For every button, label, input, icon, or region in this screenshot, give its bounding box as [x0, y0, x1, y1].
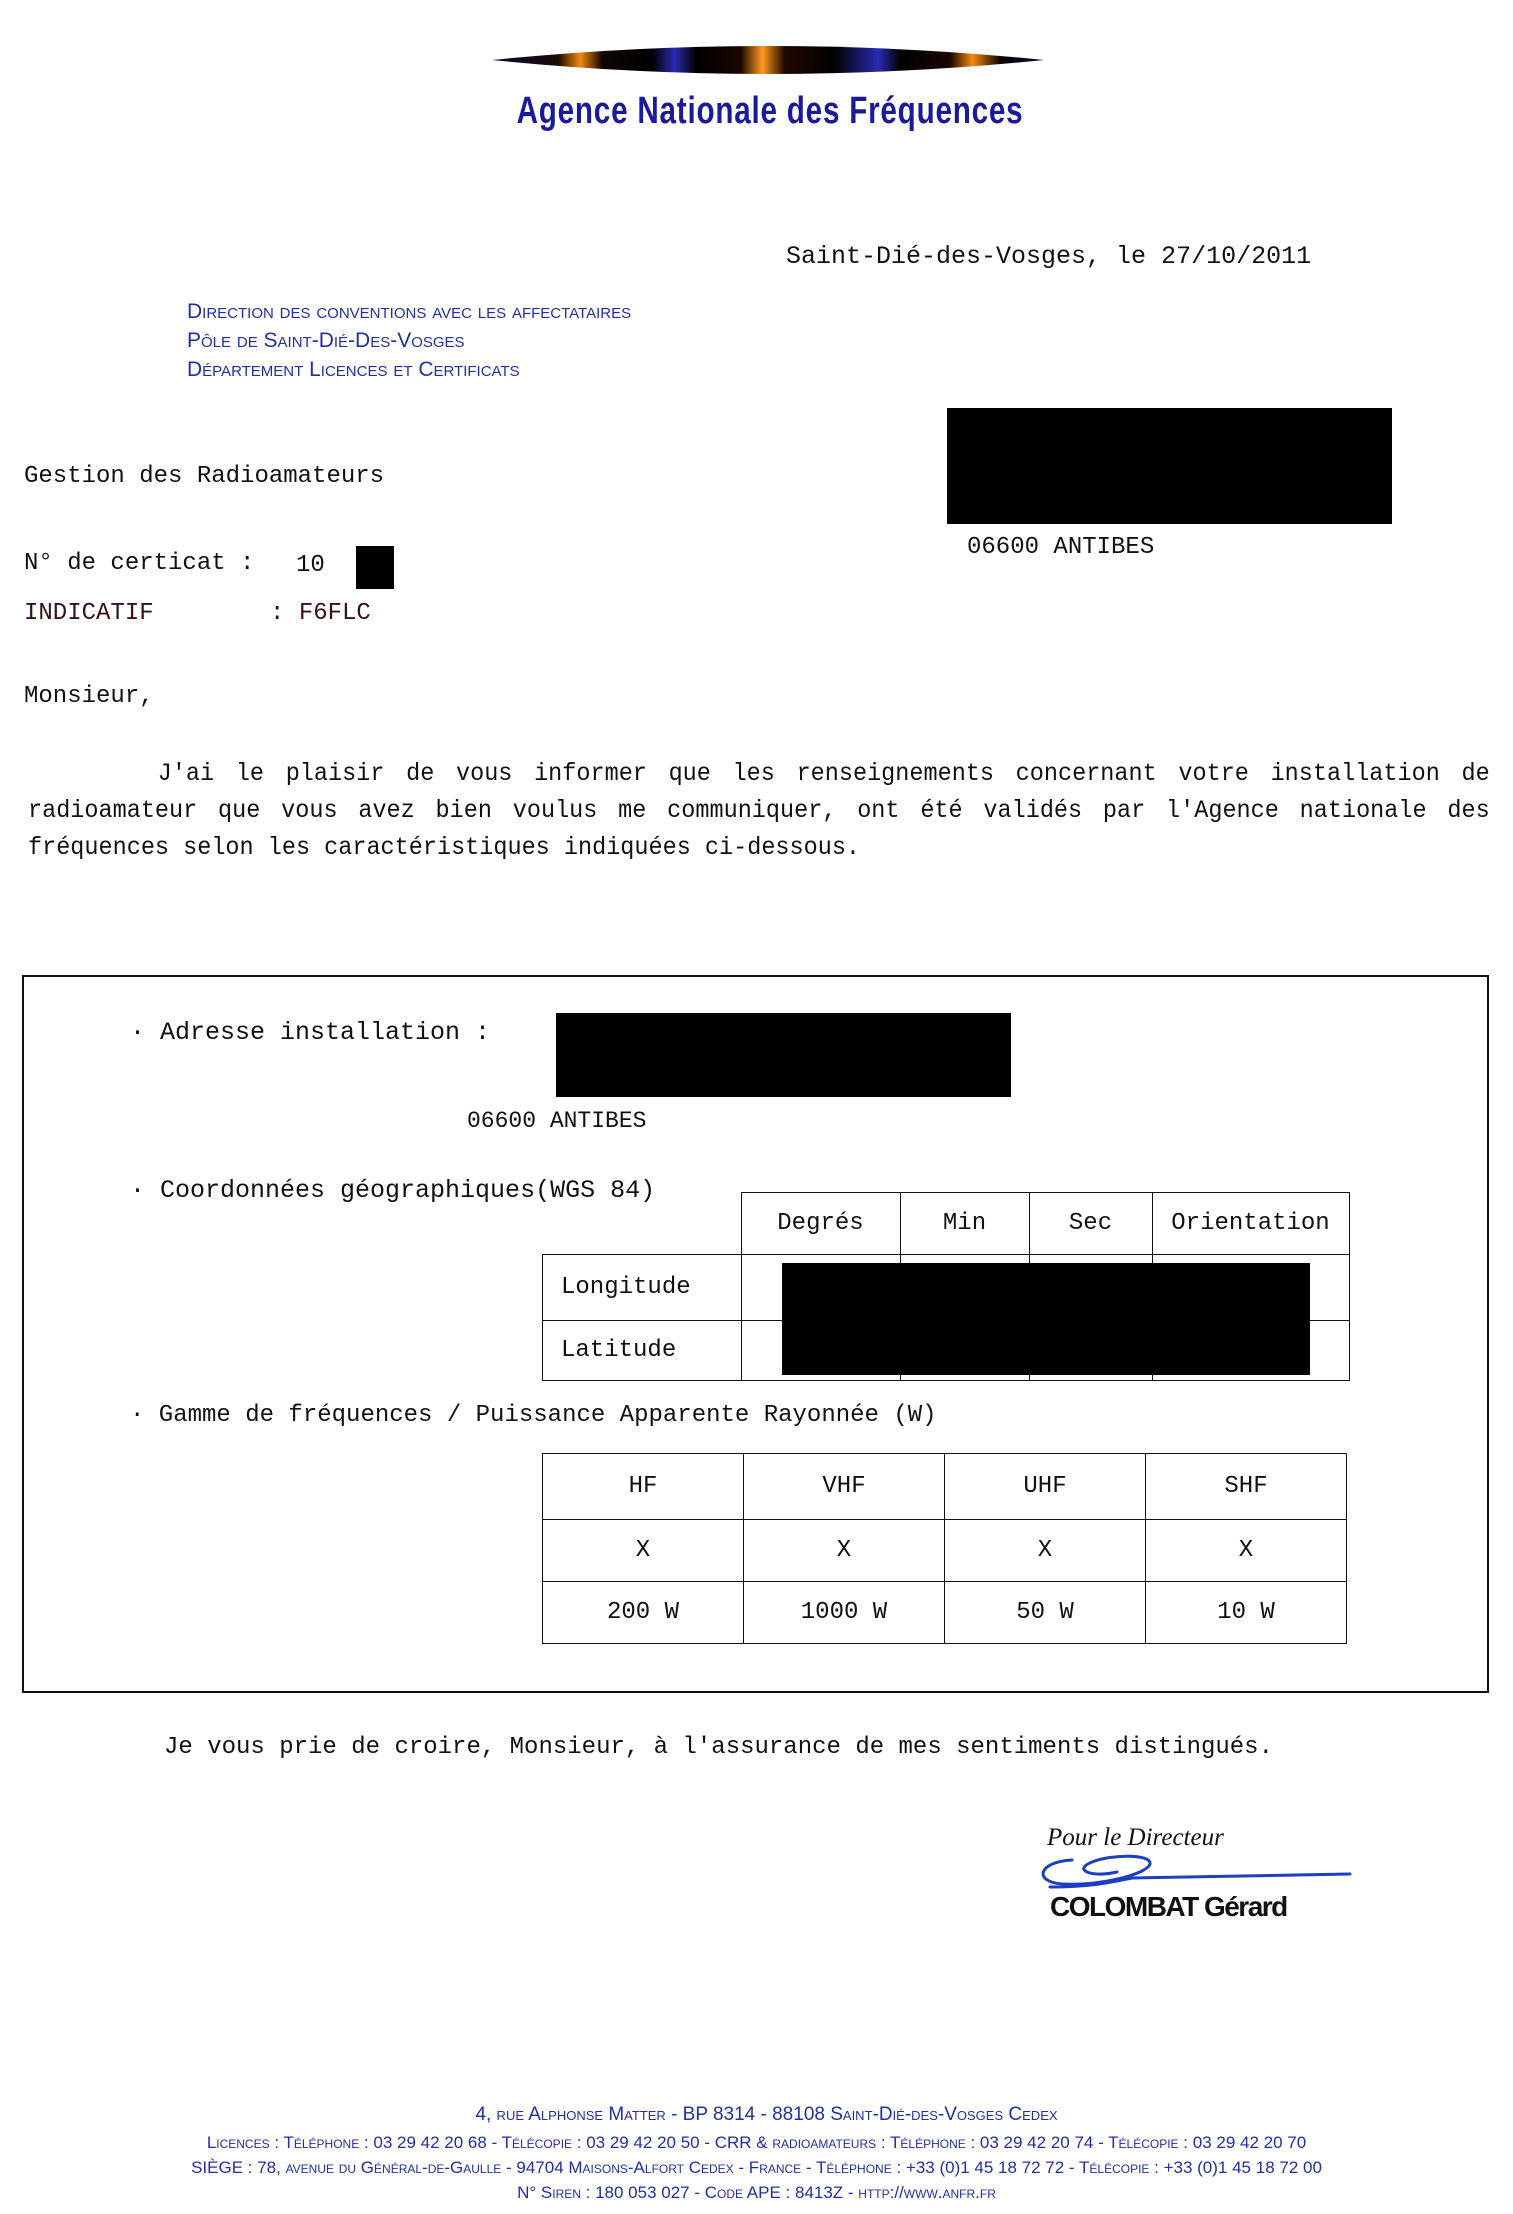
department-line: Département Licences et Certificats — [187, 358, 520, 382]
col-header: Degrés — [741, 1193, 900, 1255]
col-header: Orientation — [1152, 1193, 1349, 1255]
power-value: 10 W — [1146, 1582, 1347, 1644]
empty-corner — [543, 1193, 742, 1255]
installation-address-redaction — [556, 1013, 1011, 1097]
certificate-value: 10 — [296, 552, 325, 579]
power-value: 200 W — [543, 1582, 744, 1644]
recipient-city: 06600 ANTIBES — [967, 534, 1154, 561]
footer-legal: N° Siren : 180 053 027 - Code APE : 8413… — [0, 2183, 1513, 2203]
callsign-label: INDICATIF — [24, 600, 154, 627]
closing-formula: Je vous prie de croire, Monsieur, à l'as… — [164, 1734, 1273, 1761]
signatory-name: COLOMBAT Gérard — [1050, 1891, 1287, 1923]
agency-name: Agence Nationale des Fréquences — [169, 90, 1370, 133]
body-paragraph: J'ai le plaisir de vous informer que les… — [28, 755, 1490, 866]
power-value: 50 W — [945, 1582, 1146, 1644]
col-header: Min — [900, 1193, 1029, 1255]
table-row: X X X X — [543, 1520, 1347, 1582]
separator: : — [240, 550, 254, 577]
anfr-logo-icon — [492, 40, 1044, 80]
service-name: Gestion des Radioamateurs — [24, 463, 384, 490]
band-header: VHF — [744, 1454, 945, 1520]
coordinates-redaction — [782, 1263, 1310, 1375]
signature-for-line: Pour le Directeur — [1047, 1824, 1224, 1852]
date-line: Saint-Dié-des-Vosges, le 27/10/2011 — [786, 242, 1311, 271]
installation-address-label: · Adresse installation : — [130, 1018, 490, 1047]
authorized-mark: X — [744, 1520, 945, 1582]
callsign-value: : F6FLC — [270, 600, 371, 627]
certificate-label-text: N° de certicat — [24, 550, 226, 577]
certificate-label: N° de certicat : — [24, 550, 254, 577]
band-header: UHF — [945, 1454, 1146, 1520]
frequency-label: · Gamme de fréquences / Puissance Appare… — [130, 1402, 937, 1429]
table-row: 200 W 1000 W 50 W 10 W — [543, 1582, 1347, 1644]
footer-contacts: Licences : Téléphone : 03 29 42 20 68 - … — [0, 2133, 1513, 2153]
row-label: Latitude — [543, 1321, 742, 1381]
band-header: SHF — [1146, 1454, 1347, 1520]
row-label: Longitude — [543, 1255, 742, 1321]
frequency-table: HF VHF UHF SHF X X X X 200 W 1000 W 50 W… — [542, 1453, 1347, 1644]
department-line: Direction des conventions avec les affec… — [187, 300, 631, 324]
band-header: HF — [543, 1454, 744, 1520]
authorized-mark: X — [1146, 1520, 1347, 1582]
separator: : — [270, 600, 284, 627]
recipient-address-redaction — [947, 408, 1392, 524]
footer-address: 4, rue Alphonse Matter - BP 8314 - 88108… — [0, 2104, 1513, 2126]
table-row: HF VHF UHF SHF — [543, 1454, 1347, 1520]
power-value: 1000 W — [744, 1582, 945, 1644]
authorized-mark: X — [543, 1520, 744, 1582]
callsign-text: F6FLC — [299, 600, 371, 627]
col-header: Sec — [1029, 1193, 1152, 1255]
redaction-block — [356, 546, 394, 589]
greeting: Monsieur, — [24, 683, 154, 710]
authorized-mark: X — [945, 1520, 1146, 1582]
footer-headquarters: SIÈGE : 78, avenue du Général-de-Gaulle … — [0, 2158, 1513, 2178]
department-line: Pôle de Saint-Dié-Des-Vosges — [187, 329, 465, 353]
installation-city: 06600 ANTIBES — [467, 1108, 646, 1134]
